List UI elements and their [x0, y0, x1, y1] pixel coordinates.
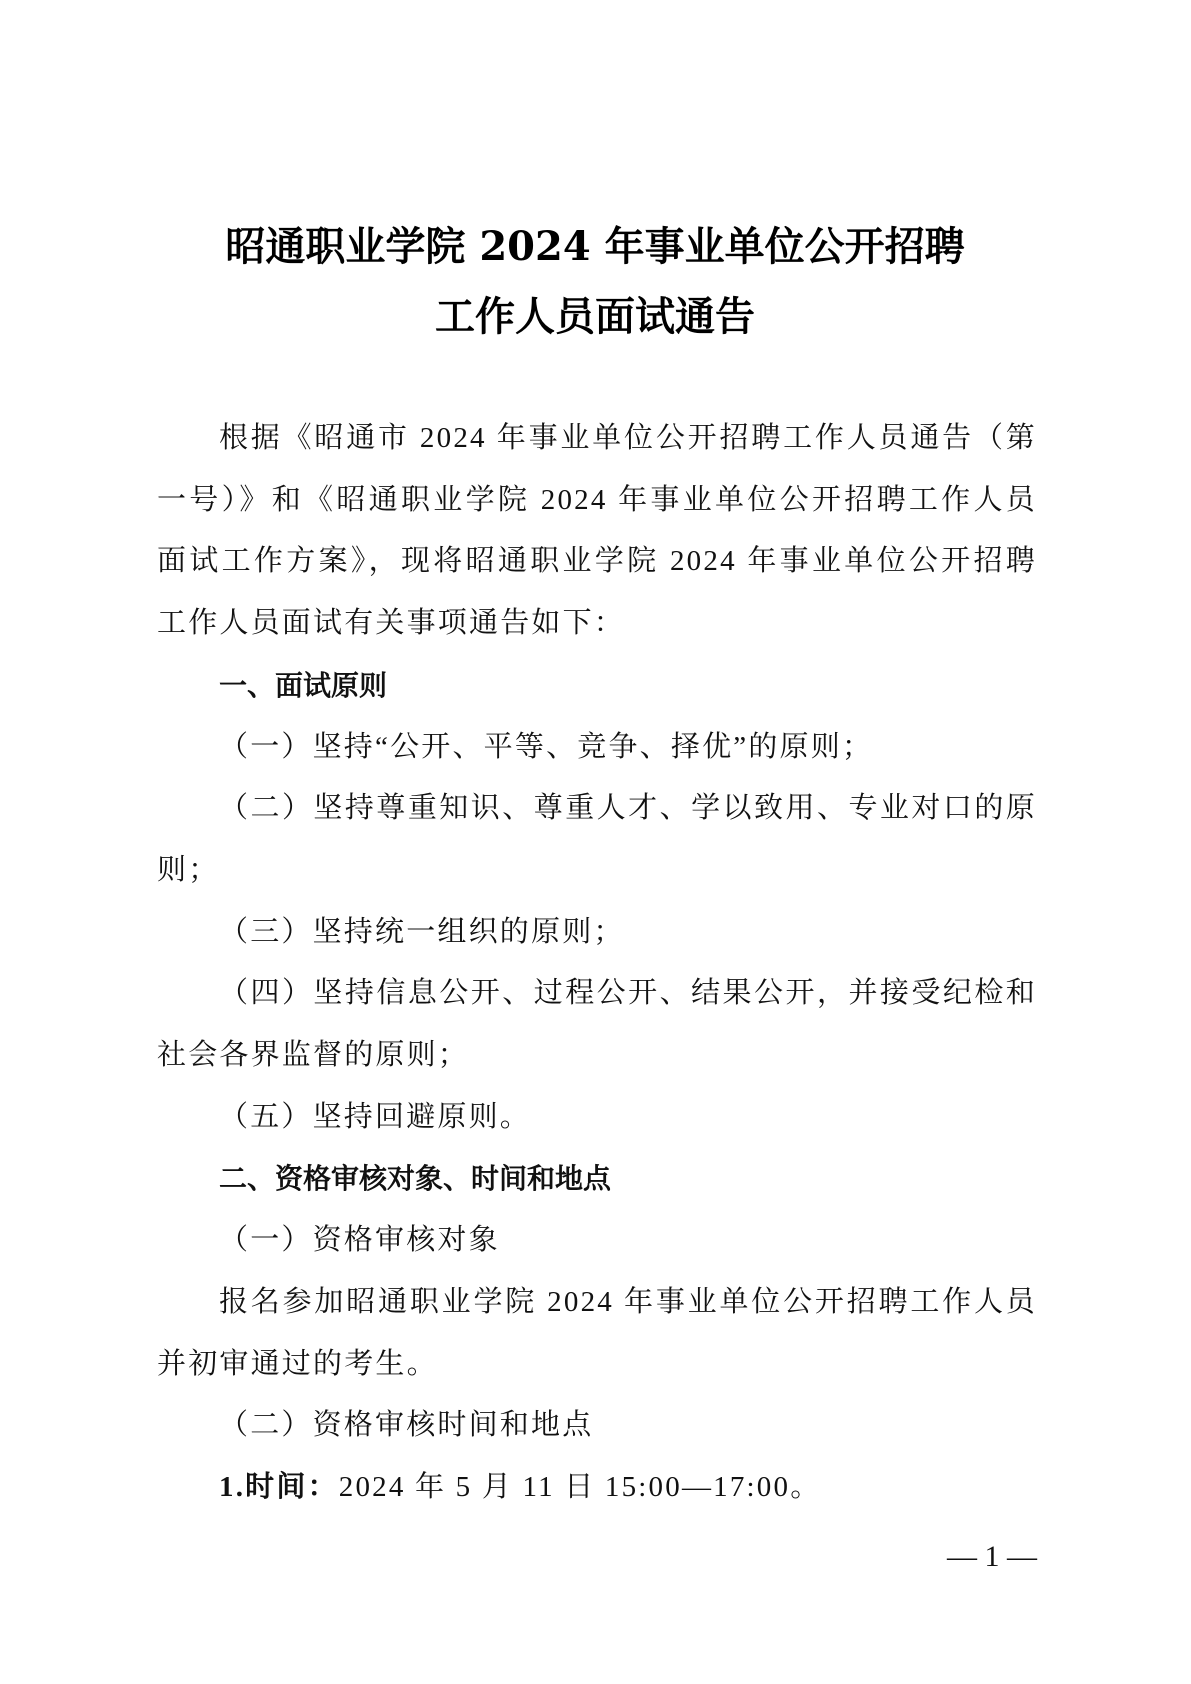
principle-item-5: （五）坚持回避原则。 — [157, 1087, 1037, 1149]
time-value: 2024 年 5 月 11 日 15:00—17:00。 — [339, 1471, 822, 1503]
subsection-1-heading: （一）资格审核对象 — [157, 1210, 1037, 1272]
subsection-2-heading: （二）资格审核时间和地点 — [157, 1395, 1037, 1457]
section-2-heading: 二、资格审核对象、时间和地点 — [157, 1148, 1037, 1210]
document-page: 昭通职业学院 2024 年事业单位公开招聘 工作人员面试通告 根据《昭通市 20… — [0, 0, 1191, 1684]
principle-item-4: （四）坚持信息公开、过程公开、结果公开，并接受纪检和社会各界监督的原则； — [157, 963, 1037, 1086]
time-label: 1.时间： — [219, 1471, 339, 1503]
document-body: 根据《昭通市 2024 年事业单位公开招聘工作人员通告（第一号）》和《昭通职业学… — [157, 408, 1037, 1519]
title-line-1: 昭通职业学院 2024 年事业单位公开招聘 — [150, 212, 1040, 282]
principle-item-3: （三）坚持统一组织的原则； — [157, 902, 1037, 964]
intro-paragraph: 根据《昭通市 2024 年事业单位公开招聘工作人员通告（第一号）》和《昭通职业学… — [157, 408, 1037, 655]
title-line-2: 工作人员面试通告 — [150, 282, 1040, 352]
section-1-heading: 一、面试原则 — [157, 655, 1037, 717]
document-title: 昭通职业学院 2024 年事业单位公开招聘 工作人员面试通告 — [150, 212, 1040, 352]
page-number: — 1 — — [942, 1540, 1042, 1574]
principle-item-2: （二）坚持尊重知识、尊重人才、学以致用、专业对口的原则； — [157, 778, 1037, 901]
principle-item-1: （一）坚持“公开、平等、竞争、择优”的原则； — [157, 717, 1037, 779]
time-line: 1.时间：2024 年 5 月 11 日 15:00—17:00。 — [157, 1457, 1037, 1519]
subsection-1-text: 报名参加昭通职业学院 2024 年事业单位公开招聘工作人员并初审通过的考生。 — [157, 1272, 1037, 1395]
